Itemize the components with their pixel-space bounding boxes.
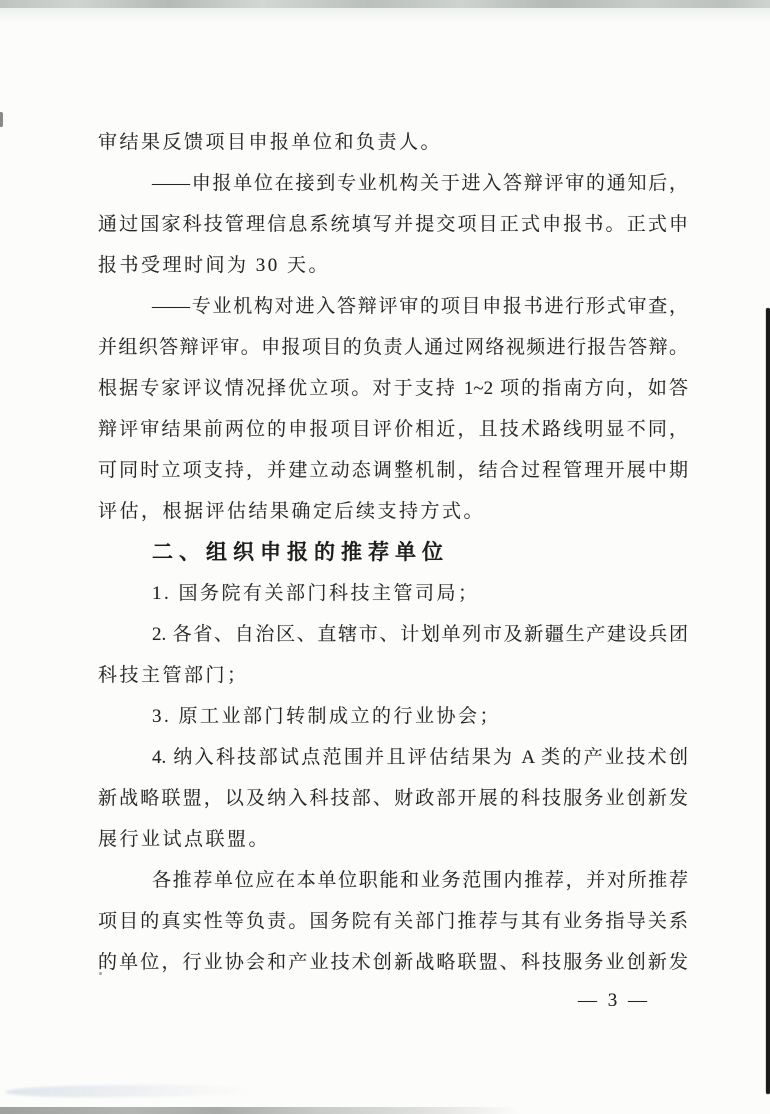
- list-item: 3. 原工业部门转制成立的行业协会；: [98, 696, 688, 737]
- text-line: 的单位，行业协会和产业技术创新战略联盟、科技服务业创新发: [98, 942, 688, 983]
- text-line: 审结果反馈项目申报单位和负责人。: [98, 122, 688, 163]
- text-line: ——申报单位在接到专业机构关于进入答辩评审的通知后，: [98, 163, 688, 204]
- scan-artifact-top-edge: [0, 0, 770, 8]
- text-line: 科技主管部门；: [98, 655, 688, 696]
- text-line: ——专业机构对进入答辩评审的项目申报书进行形式审查，: [98, 286, 688, 327]
- text-line: 报书受理时间为 30 天。: [98, 245, 688, 286]
- scan-artifact-smudge: [5, 1084, 250, 1098]
- scan-artifact-left-mark: [0, 112, 3, 127]
- page-number: — 3 —: [578, 988, 668, 1014]
- document-body: 审结果反馈项目申报单位和负责人。 ——申报单位在接到专业机构关于进入答辩评审的通…: [98, 122, 688, 983]
- text-line: 展行业试点联盟。: [98, 819, 688, 860]
- text-line: 评估，根据评估结果确定后续支持方式。: [98, 491, 688, 532]
- list-item: 1. 国务院有关部门科技主管司局；: [98, 573, 688, 614]
- list-item: 2. 各省、自治区、直辖市、计划单列市及新疆生产建设兵团: [98, 614, 688, 655]
- scanned-document-page: 审结果反馈项目申报单位和负责人。 ——申报单位在接到专业机构关于进入答辩评审的通…: [0, 0, 770, 1114]
- scan-artifact-speck: [99, 972, 102, 975]
- text-line: 可同时立项支持，并建立动态调整机制，结合过程管理开展中期: [98, 450, 688, 491]
- scan-artifact-right-bar: [766, 308, 770, 1094]
- text-line: 根据专家评议情况择优立项。对于支持 1~2 项的指南方向，如答: [98, 368, 688, 409]
- text-line: 辩评审结果前两位的申报项目评价相近，且技术路线明显不同，: [98, 409, 688, 450]
- text-line: 新战略联盟，以及纳入科技部、财政部开展的科技服务业创新发: [98, 778, 688, 819]
- text-line: 并组织答辩评审。申报项目的负责人通过网络视频进行报告答辩。: [98, 327, 688, 368]
- list-item: 4. 纳入科技部试点范围并且评估结果为 A 类的产业技术创: [98, 737, 688, 778]
- text-line: 各推荐单位应在本单位职能和业务范围内推荐，并对所推荐: [98, 860, 688, 901]
- scan-artifact-bottom-edge: [0, 1107, 520, 1114]
- text-line: 项目的真实性等负责。国务院有关部门推荐与其有业务指导关系: [98, 901, 688, 942]
- text-line: 通过国家科技管理信息系统填写并提交项目正式申报书。正式申: [98, 204, 688, 245]
- section-heading: 二、组织申报的推荐单位: [98, 532, 688, 573]
